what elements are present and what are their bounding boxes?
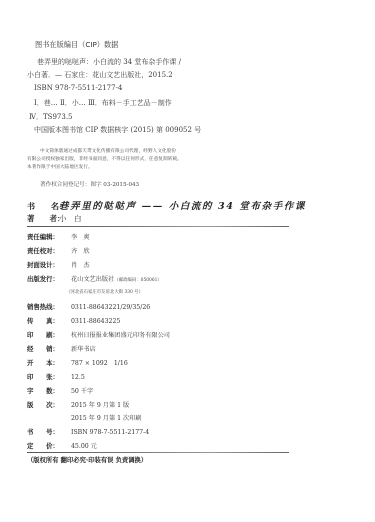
copyright-registration: 著作权合同登记号：图字 03-2015-043 — [40, 180, 139, 188]
book-title-label: 书 名： — [27, 201, 59, 212]
fax-label: 传 真： — [27, 316, 71, 325]
notice-line-3: 本著作限于中国大陆地区发行。 — [27, 164, 93, 170]
publisher-value: 花山文艺出版社 — [71, 276, 114, 283]
cip-line-3: ISBN 978-7-5511-2177-4 — [34, 84, 122, 92]
printer-row: 印 刷：杭州日报报业集团盛元印务有限公司 — [27, 330, 170, 339]
word-count-row: 字 数：50 千字 — [27, 386, 93, 395]
cip-line-1: 巷弄里的哒哒声：小白流的 34 堂布杂手作课 / — [37, 57, 181, 67]
divider-bottom — [27, 452, 289, 453]
fax-value: 0311-88643225 — [71, 318, 120, 325]
sheets-value: 12.5 — [71, 374, 85, 381]
author-name: 小 白 — [59, 214, 82, 223]
cip-heading: 图书在版编目（CIP）数据 — [35, 40, 118, 50]
cover-design-label: 封面设计： — [27, 260, 71, 269]
edition-label: 版 次： — [27, 400, 71, 409]
cip-line-2: 小白著．— 石家庄：花山文艺出版社，2015.2 — [27, 70, 173, 80]
fax-row: 传 真：0311-88643225 — [27, 316, 120, 325]
format-label: 开 本： — [27, 358, 71, 367]
word-count-value: 50 千字 — [71, 388, 93, 395]
publisher-postcode: （邮政编码：050061） — [114, 278, 162, 283]
format-value: 787 × 1092 1/16 — [71, 360, 128, 367]
editor-row: 责任编辑：李 爽 — [27, 232, 90, 241]
sheets-label: 印 张： — [27, 372, 71, 381]
price-value: 45.00 元 — [71, 443, 97, 450]
edition-row: 版 次：2015 年 9 月第 1 版 — [27, 400, 129, 409]
printer-label: 印 刷： — [27, 330, 71, 339]
distributor-value: 新华书店 — [71, 346, 96, 353]
format-row: 开 本：787 × 1092 1/16 — [27, 358, 128, 367]
publisher-label: 出版发行： — [27, 274, 71, 283]
isbn-row: 书 号：ISBN 978-7-5511-2177-4 — [27, 427, 149, 436]
author-row: 著 者：小 白 — [27, 213, 82, 224]
printing-row: 2015 年 9 月第 1 次印刷 — [71, 413, 142, 422]
divider-top — [27, 226, 289, 227]
word-count-label: 字 数： — [27, 386, 71, 395]
cover-design-value: 肖 杰 — [71, 262, 90, 269]
sales-label: 销售热线： — [27, 302, 71, 311]
copyright-footer: （版权所有 翻印必究·印装有误 负责调换） — [27, 455, 147, 464]
copyright-page: 图书在版编目（CIP）数据 巷弄里的哒哒声：小白流的 34 堂布杂手作课 / 小… — [0, 0, 375, 522]
sheets-row: 印 张：12.5 — [27, 372, 85, 381]
isbn-value: ISBN 978-7-5511-2177-4 — [71, 429, 149, 436]
edition-value: 2015 年 9 月第 1 版 — [71, 402, 129, 409]
publisher-row: 出版发行：花山文艺出版社（邮政编码：050061） — [27, 274, 162, 283]
sales-row: 销售热线：0311-88643221/29/35/26 — [27, 302, 150, 311]
cip-line-5: Ⅳ．TS973.5 — [29, 112, 73, 122]
price-row: 定 价：45.00 元 — [27, 441, 97, 450]
book-title-row: 书 名：巷弄里的哒哒声 —— 小白流的 34 堂布杂手作课 — [27, 198, 306, 212]
price-label: 定 价： — [27, 441, 71, 450]
distributor-label: 经 销： — [27, 344, 71, 353]
proofreader-value: 齐 欣 — [71, 248, 90, 255]
proofreader-label: 责任校对： — [27, 246, 71, 255]
distributor-row: 经 销：新华书店 — [27, 344, 96, 353]
book-title: 巷弄里的哒哒声 —— 小白流的 34 堂布杂手作课 — [59, 201, 306, 212]
notice-line-1: 中文简体版通过成都天鸢文化传播有限公司代理，经野人文化股份 — [40, 148, 176, 154]
cip-line-4: Ⅰ．巷… Ⅱ．小… Ⅲ．布料－手工艺品－制作 — [34, 98, 172, 108]
editor-value: 李 爽 — [71, 234, 90, 241]
cip-line-6: 中国版本图书馆 CIP 数据核字 (2015) 第 009052 号 — [34, 125, 201, 135]
isbn-label: 书 号： — [27, 427, 71, 436]
proofreader-row: 责任校对：齐 欣 — [27, 246, 90, 255]
printer-value: 杭州日报报业集团盛元印务有限公司 — [71, 332, 170, 339]
printing-value: 2015 年 9 月第 1 次印刷 — [71, 415, 142, 422]
publisher-address: （河北省石家庄市友谊北大街 330 号） — [66, 289, 143, 295]
sales-value: 0311-88643221/29/35/26 — [71, 304, 150, 311]
editor-label: 责任编辑： — [27, 232, 71, 241]
cover-design-row: 封面设计：肖 杰 — [27, 260, 90, 269]
notice-line-2: 有限公司授权独家出版，非经书面同意，不得以任何形式，任意复制转载。 — [27, 156, 182, 162]
author-label: 著 者： — [27, 213, 59, 224]
